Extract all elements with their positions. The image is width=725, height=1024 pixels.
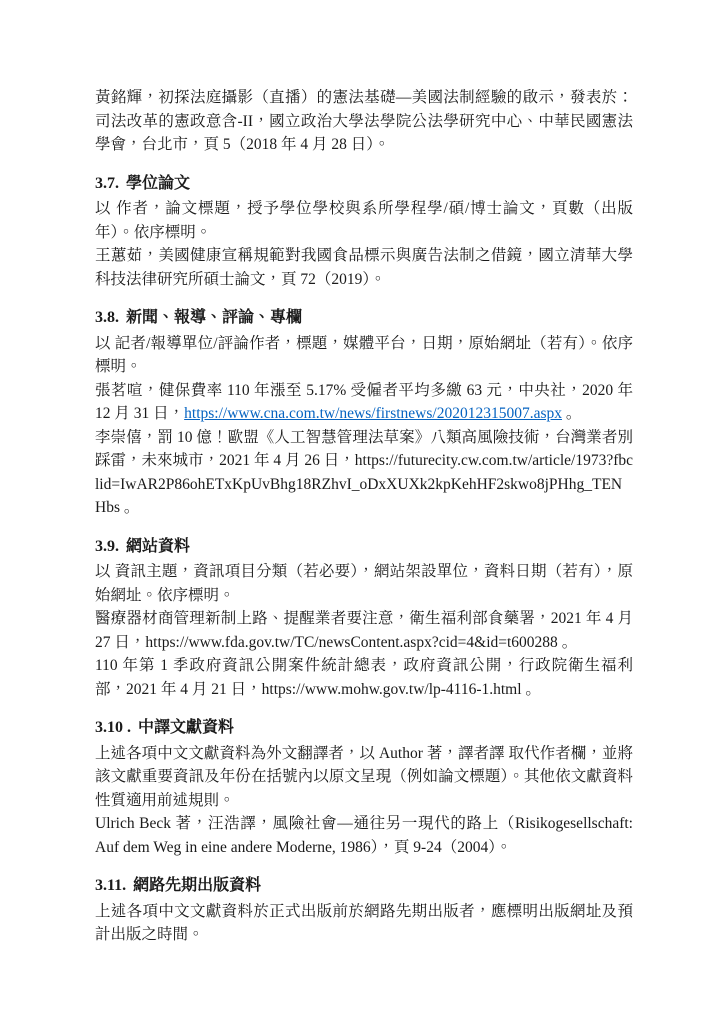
example-citation: 醫療器材商管理新制上路、提醒業者要注意，衛生福利部食藥署，2021 年 4 月 … [95, 607, 633, 654]
example-tail: 。 [558, 634, 577, 651]
example-citation: 110 年第 1 季政府資訊公開案件統計總表，政府資訊公開，行政院衛生福利部，2… [95, 654, 633, 701]
example-citation: 張茗喧，健保費率 110 年漲至 5.17% 受僱者平均多繳 63 元，中央社，… [95, 379, 633, 426]
section-number: 3.9. [95, 538, 119, 555]
example-citation: 王蕙茹，美國健康宣稱規範對我國食品標示與廣告法制之借鏡，國立清華大學科技法律研究… [95, 244, 633, 291]
section-heading-3-10: 3.10 .中譯文獻資料 [95, 716, 633, 740]
citation-url-text: https://www.fda.gov.tw/TC/newsContent.as… [145, 634, 557, 651]
example-citation: 李崇僖，罰 10 億！歐盟《人工智慧管理法草案》八類高風險技術，台灣業者別踩雷，… [95, 426, 633, 520]
citation-rule-paragraph: 以 記者/報導單位/評論作者，標題，媒體平台，日期，原始網址（若有）。依序標明。 [95, 332, 633, 379]
body-lead: 上述各項中文文獻資料為外文翻譯者，以 [95, 745, 379, 762]
document-page: 黃銘輝，初探法庭攝影（直播）的憲法基礎—美國法制經驗的啟示，發表於：司法改革的憲… [0, 0, 725, 1024]
section-title: 網站資料 [126, 538, 190, 555]
example-tail: 。 [120, 499, 139, 516]
section-heading-3-11: 3.11.網路先期出版資料 [95, 874, 633, 898]
rule-tail: 依序標明。 [134, 224, 212, 241]
citation-rule-paragraph: 以 作者，論文標題，授予學位學校與系所學程學/碩/博士論文，頁數（出版年）。依序… [95, 197, 633, 244]
section-title: 學位論文 [126, 175, 190, 192]
body-emphasis: Author 著，譯者譯 [379, 745, 505, 762]
section-heading-3-7: 3.7.學位論文 [95, 172, 633, 196]
citation-url-text: https://www.mohw.gov.tw/lp-4116-1.html [262, 681, 522, 698]
example-citation: Ulrich Beck 著，汪浩譯，風險社會—通往另一現代的路上（Risikog… [95, 812, 633, 859]
section-title: 新聞、報導、評論、專欄 [126, 309, 302, 326]
rule-lead: 以 [95, 200, 116, 217]
rule-template: 記者/報導單位/評論作者，標題，媒體平台，日期，原始網址（若有）。 [115, 335, 602, 352]
example-tail: 。 [522, 681, 541, 698]
rule-lead: 以 [95, 335, 115, 352]
rule-description-paragraph: 上述各項中文文獻資料於正式出版前於網路先期出版者，應標明出版網址及預計出版之時間… [95, 900, 633, 947]
rule-lead: 以 [95, 563, 115, 580]
citation-hyperlink[interactable]: https://www.cna.com.tw/news/firstnews/20… [184, 405, 562, 422]
section-heading-3-9: 3.9.網站資料 [95, 535, 633, 559]
section-title: 網路先期出版資料 [133, 877, 261, 894]
section-heading-3-8: 3.8.新聞、報導、評論、專欄 [95, 306, 633, 330]
rule-tail: 依序標明。 [157, 587, 235, 604]
intro-citation-paragraph: 黃銘輝，初探法庭攝影（直播）的憲法基礎—美國法制經驗的啟示，發表於：司法改革的憲… [95, 86, 633, 157]
section-number: 3.7. [95, 175, 119, 192]
section-number: 3.8. [95, 309, 119, 326]
example-tail: 。 [562, 405, 581, 422]
section-number: 3.10 . [95, 719, 131, 736]
rule-description-paragraph: 上述各項中文文獻資料為外文翻譯者，以 Author 著，譯者譯 取代作者欄，並將… [95, 742, 633, 813]
section-title: 中譯文獻資料 [138, 719, 234, 736]
citation-rule-paragraph: 以 資訊主題，資訊項目分類（若必要），網站架設單位，資料日期（若有），原始網址。… [95, 560, 633, 607]
section-number: 3.11. [95, 877, 126, 894]
